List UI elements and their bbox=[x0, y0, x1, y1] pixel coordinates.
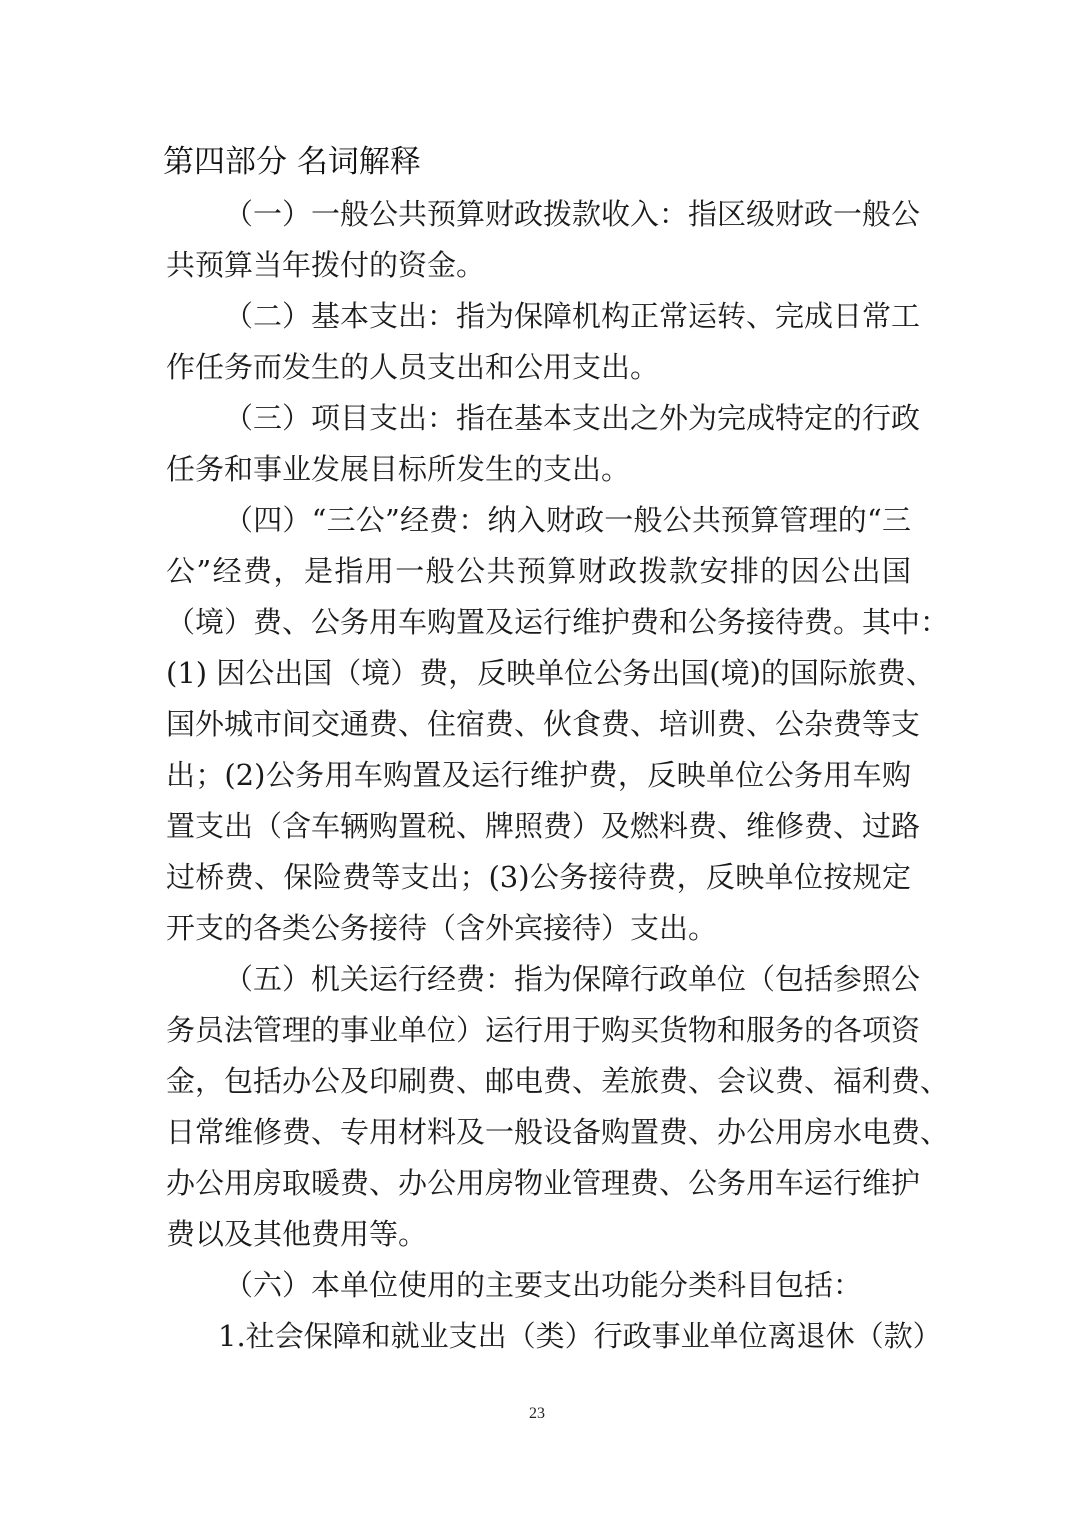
paragraph-line: 任务和事业发展目标所发生的支出。 bbox=[166, 449, 911, 489]
paragraph-line: (1) 因公出国（境）费，反映单位公务出国(境)的国际旅费、 bbox=[166, 653, 911, 693]
paragraph-line: 作任务而发生的人员支出和公用支出。 bbox=[166, 347, 911, 387]
paragraph-line: 出；(2)公务用车购置及运行维护费，反映单位公务用车购 bbox=[166, 755, 911, 795]
paragraph-line: 务员法管理的事业单位）运行用于购买货物和服务的各项资 bbox=[166, 1010, 911, 1050]
paragraph-line: （境）费、公务用车购置及运行维护费和公务接待费。其中： bbox=[166, 602, 911, 642]
paragraph-line: 日常维修费、专用材料及一般设备购置费、办公用房水电费、 bbox=[166, 1112, 911, 1152]
paragraph-line: （一）一般公共预算财政拨款收入：指区级财政一般公 bbox=[224, 194, 911, 234]
paragraph-line: （二）基本支出：指为保障机构正常运转、完成日常工 bbox=[224, 296, 911, 336]
paragraph-line: 国外城市间交通费、住宿费、伙食费、培训费、公杂费等支 bbox=[166, 704, 911, 744]
document-page: 第四部分 名词解释 （一）一般公共预算财政拨款收入：指区级财政一般公 共预算当年… bbox=[0, 0, 1074, 1520]
paragraph-line: （三）项目支出：指在基本支出之外为完成特定的行政 bbox=[224, 398, 911, 438]
paragraph-line: 置支出（含车辆购置税、牌照费）及燃料费、维修费、过路 bbox=[166, 806, 911, 846]
paragraph-line: 开支的各类公务接待（含外宾接待）支出。 bbox=[166, 908, 911, 948]
paragraph-line: 金，包括办公及印刷费、邮电费、差旅费、会议费、福利费、 bbox=[166, 1061, 911, 1101]
paragraph-line: 办公用房取暖费、办公用房物业管理费、公务用车运行维护 bbox=[166, 1163, 911, 1203]
paragraph-line: （五）机关运行经费：指为保障行政单位（包括参照公 bbox=[224, 959, 911, 999]
paragraph-line: 公”经费，是指用一般公共预算财政拨款安排的因公出国 bbox=[166, 551, 911, 591]
section-heading: 第四部分 名词解释 bbox=[163, 140, 421, 184]
list-item: 1.社会保障和就业支出（类）行政事业单位离退休（款） bbox=[218, 1316, 911, 1356]
paragraph-line: （四）“三公”经费：纳入财政一般公共预算管理的“三 bbox=[224, 500, 911, 540]
page-number: 23 bbox=[0, 1404, 1074, 1424]
paragraph-line: （六）本单位使用的主要支出功能分类科目包括： bbox=[224, 1265, 911, 1305]
paragraph-line: 过桥费、保险费等支出；(3)公务接待费，反映单位按规定 bbox=[166, 857, 911, 897]
paragraph-line: 共预算当年拨付的资金。 bbox=[166, 245, 911, 285]
paragraph-line: 费以及其他费用等。 bbox=[166, 1214, 911, 1254]
